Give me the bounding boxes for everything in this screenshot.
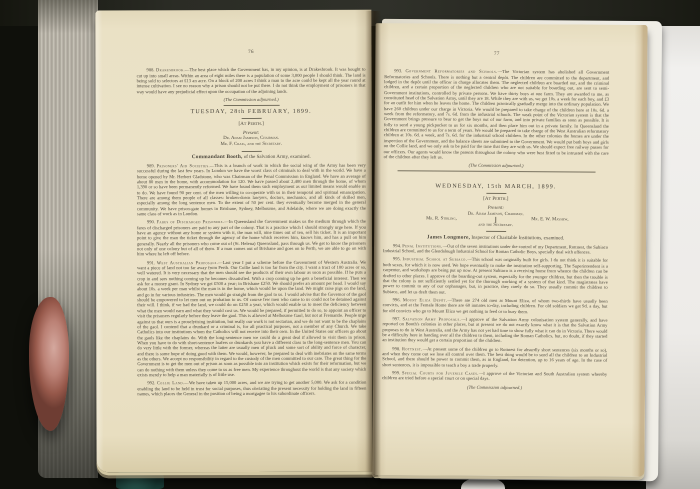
divider-rule xyxy=(223,105,279,106)
paragraph-number: 993. xyxy=(394,69,402,74)
paragraph-body: —Last year I put a scheme before the Gov… xyxy=(137,259,366,377)
paragraph-996: 996. Mount Eliza Depôt.—There are 274 ol… xyxy=(383,297,608,315)
witness-description: Inspector of Charitable Institutions, ex… xyxy=(471,236,564,242)
paragraph-number: 998. xyxy=(392,346,400,351)
paragraph-number: 990. xyxy=(147,220,155,225)
commission-adjourned-note: (The Commission adjourned.) xyxy=(137,97,366,103)
paragraph-heading: Rottnest. xyxy=(402,346,423,351)
paragraph-number: 994. xyxy=(393,243,401,248)
paragraph-995: 995. Industrial School at Subiaco.—This … xyxy=(383,257,608,296)
paragraph-number: 999. xyxy=(392,370,400,375)
paragraph-number: 996. xyxy=(393,297,401,302)
present-member: Mr. F. Craig, and the Secretary. xyxy=(137,142,366,148)
page-left: 76 988. Drakesbrook.—The best place whic… xyxy=(95,10,372,473)
divider-rule xyxy=(486,231,506,232)
witness-name: James Longmore, xyxy=(427,234,470,240)
paragraph-999: 999. Special Courts for Juvenile Cases.—… xyxy=(382,370,607,382)
page-left-text-column: 76 988. Drakesbrook.—The best place whic… xyxy=(137,50,367,400)
paragraph-988: 988. Drakesbrook.—The best place which t… xyxy=(137,67,366,94)
witness-line: James Longmore, Inspector of Charitable … xyxy=(383,235,608,242)
paragraph-number: 989. xyxy=(147,163,155,168)
paragraph-number: 991. xyxy=(147,260,155,265)
book-photo-scene: 76 988. Drakesbrook.—The best place whic… xyxy=(0,0,700,489)
divider-rule xyxy=(486,193,506,194)
paragraph-body: —This is a branch of work in which the s… xyxy=(137,163,366,217)
paragraph-heading: Drakesbrook. xyxy=(156,67,185,72)
commission-adjourned-note: (The Commission adjourned.) xyxy=(384,162,609,169)
page-right: 77 993. Government Reformatories and Sch… xyxy=(372,23,647,477)
paragraph-number: 992. xyxy=(147,380,155,385)
paragraph-991: 991. West Australian Proposals.—Last yea… xyxy=(137,259,366,377)
paragraph-body: —In Queensland the Government makes us t… xyxy=(137,219,366,257)
paragraph-998: 998. Rottnest.—At present some of the ch… xyxy=(382,346,607,369)
present-member: Mr. E. W. Mayhew, xyxy=(498,217,602,224)
paragraph-heading: Collie Land. xyxy=(157,380,185,385)
divider-rule xyxy=(397,170,595,172)
session-date-heading: WEDNESDAY, 15th MARCH, 1899. xyxy=(383,184,608,191)
session-place: [At Perth.] xyxy=(137,121,366,127)
paragraph-body: —This school was originally built for gi… xyxy=(383,257,608,294)
paragraph-number: 997. xyxy=(393,316,401,321)
paragraph-992: 992. Collie Land.—We have taken up 15,00… xyxy=(137,380,366,397)
paragraph-993: 993. Government Reformatories and School… xyxy=(384,68,610,160)
page-number: 77 xyxy=(384,51,609,58)
witness-name: Commandant Booth, xyxy=(192,154,243,160)
divider-rule xyxy=(241,150,261,151)
session-place: [At Perth.] xyxy=(383,196,608,203)
paragraph-997: 997. Salvation Army Proposals.—I approve… xyxy=(382,316,607,344)
page-right-text-column: 77 993. Government Reformatories and Sch… xyxy=(382,51,609,393)
paragraph-number: 995. xyxy=(393,257,401,262)
paragraph-number: 988. xyxy=(147,68,155,73)
paragraph-994: 994. Penal Institutions.—Out of the seve… xyxy=(383,243,608,255)
paragraph-989: 989. Prisoners' Aid Societies.—This is a… xyxy=(137,163,366,217)
paragraph-990: 990. Fares of Discharged Prisoners.—In Q… xyxy=(137,219,366,257)
witness-line: Commandant Booth, of the Salvation Army,… xyxy=(137,155,366,161)
commission-adjourned-note: (The Commission adjourned.) xyxy=(382,384,607,391)
session-date-heading: TUESDAY, 28th FEBRUARY, 1899. xyxy=(137,110,366,116)
paragraph-body: —The Victorian system has abolished all … xyxy=(384,69,610,159)
divider-rule xyxy=(241,118,261,119)
page-number: 76 xyxy=(137,50,366,56)
witness-description: of the Salvation Army, examined. xyxy=(244,155,311,160)
paragraph-heading: Prisoners' Aid Societies. xyxy=(157,163,210,168)
